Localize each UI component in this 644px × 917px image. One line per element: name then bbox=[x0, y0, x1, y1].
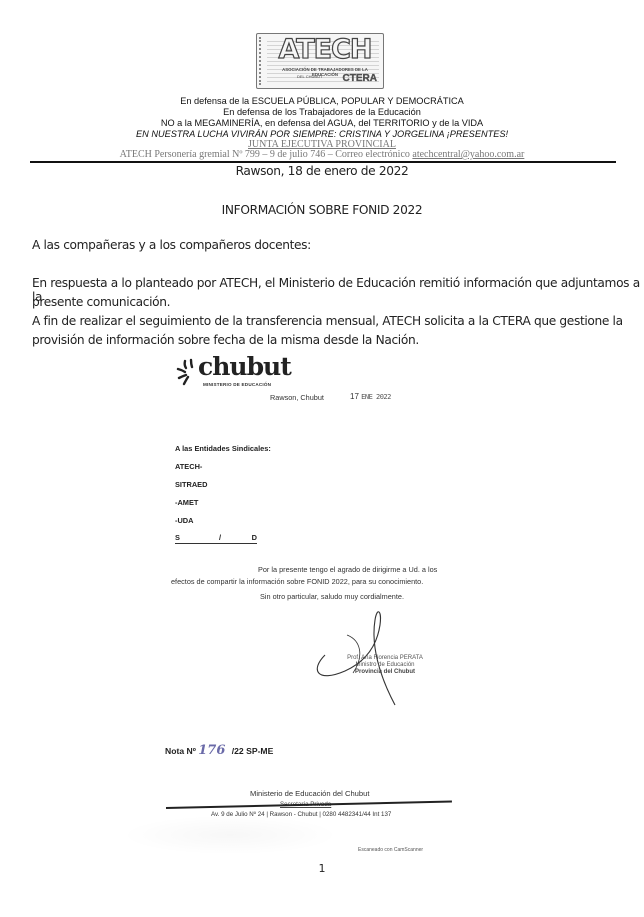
motto-line-1: En defensa de la ESCUELA PÚBLICA, POPULA… bbox=[0, 96, 644, 107]
sd-left: S bbox=[175, 533, 180, 542]
contact-text: ATECH Personería gremial Nº 799 – 9 de j… bbox=[120, 149, 413, 160]
page-number: 1 bbox=[0, 862, 644, 875]
nota-number-handwritten: 176 bbox=[198, 743, 225, 758]
addressee-3: -AMET bbox=[175, 498, 198, 507]
footer-ministry: Ministerio de Educación del Chubut bbox=[250, 789, 369, 798]
chubut-subtitle: MINISTERIO DE EDUCACIÓN bbox=[203, 382, 271, 387]
scan-smudge bbox=[120, 815, 340, 855]
chubut-wordmark: chubut bbox=[198, 352, 291, 381]
scanner-note: Escaneado con CamScanner bbox=[358, 847, 423, 853]
addressee-2: SITRAED bbox=[175, 480, 207, 489]
motto-line-2: En defensa de los Trabajadores de la Edu… bbox=[0, 107, 644, 118]
logo-spiral bbox=[259, 37, 267, 85]
email-link[interactable]: atechcentral@yahoo.com.ar bbox=[412, 149, 524, 160]
signatory-name: Prof. Ana Florencia PERATA bbox=[340, 655, 430, 662]
sun-rays-icon bbox=[176, 358, 200, 386]
addressee-title: A las Entidades Sindicales: bbox=[175, 444, 271, 453]
nota-line: Nota Nº 176 /22 SP-ME bbox=[165, 743, 273, 758]
attachment-body-line-2: efectos de compartir la información sobr… bbox=[171, 577, 423, 586]
signatory-province: Provincia del Chubut bbox=[340, 669, 430, 676]
nota-prefix: Nota Nº bbox=[165, 746, 196, 756]
sd-mid: / bbox=[219, 533, 221, 542]
logo-subtitle-2: DEL CHUBUT bbox=[297, 74, 322, 79]
addressee-4: -UDA bbox=[175, 516, 193, 525]
nota-suffix: /22 SP-ME bbox=[232, 746, 274, 756]
contact-line: ATECH Personería gremial Nº 799 – 9 de j… bbox=[0, 149, 644, 160]
chubut-logo: chubut MINISTERIO DE EDUCACIÓN bbox=[176, 356, 276, 392]
date-stamp-month-year: ENE 2022 bbox=[361, 393, 391, 401]
paragraph-1-line-2: presente comunicación. bbox=[32, 295, 170, 309]
logo-name: ATECH bbox=[269, 35, 381, 65]
date-stamp: 17 ENE 2022 bbox=[350, 392, 391, 401]
sd-line: S / D bbox=[175, 533, 257, 544]
logo-ctera: CTERA bbox=[343, 73, 377, 84]
signature-block: Prof. Ana Florencia PERATA Ministro de E… bbox=[340, 655, 430, 677]
motto-line-3: NO a la MEGAMINERÍA, en defensa del AGUA… bbox=[0, 118, 644, 129]
sd-right: D bbox=[252, 533, 257, 542]
place-date: Rawson, 18 de enero de 2022 bbox=[0, 164, 644, 178]
greeting: A las compañeras y a los compañeros doce… bbox=[32, 238, 311, 252]
letter-title: INFORMACIÓN SOBRE FONID 2022 bbox=[0, 203, 644, 217]
paragraph-2-line-2: provisión de información sobre fecha de … bbox=[32, 333, 419, 347]
paragraph-2-line-1: A fin de realizar el seguimiento de la t… bbox=[32, 314, 623, 328]
attachment-body-line-1: Por la presente tengo el agrado de dirig… bbox=[258, 565, 437, 574]
atech-logo: ATECH ASOCIACIÓN DE TRABAJADORES DE LA E… bbox=[256, 33, 384, 89]
attachment-closing: Sin otro particular, saludo muy cordialm… bbox=[260, 592, 404, 601]
date-stamp-day: 17 bbox=[350, 392, 359, 401]
header-rule bbox=[30, 161, 616, 163]
signatory-role: Ministro de Educación bbox=[340, 662, 430, 669]
addressee-1: ATECH- bbox=[175, 462, 202, 471]
attachment-place: Rawson, Chubut bbox=[270, 393, 324, 402]
